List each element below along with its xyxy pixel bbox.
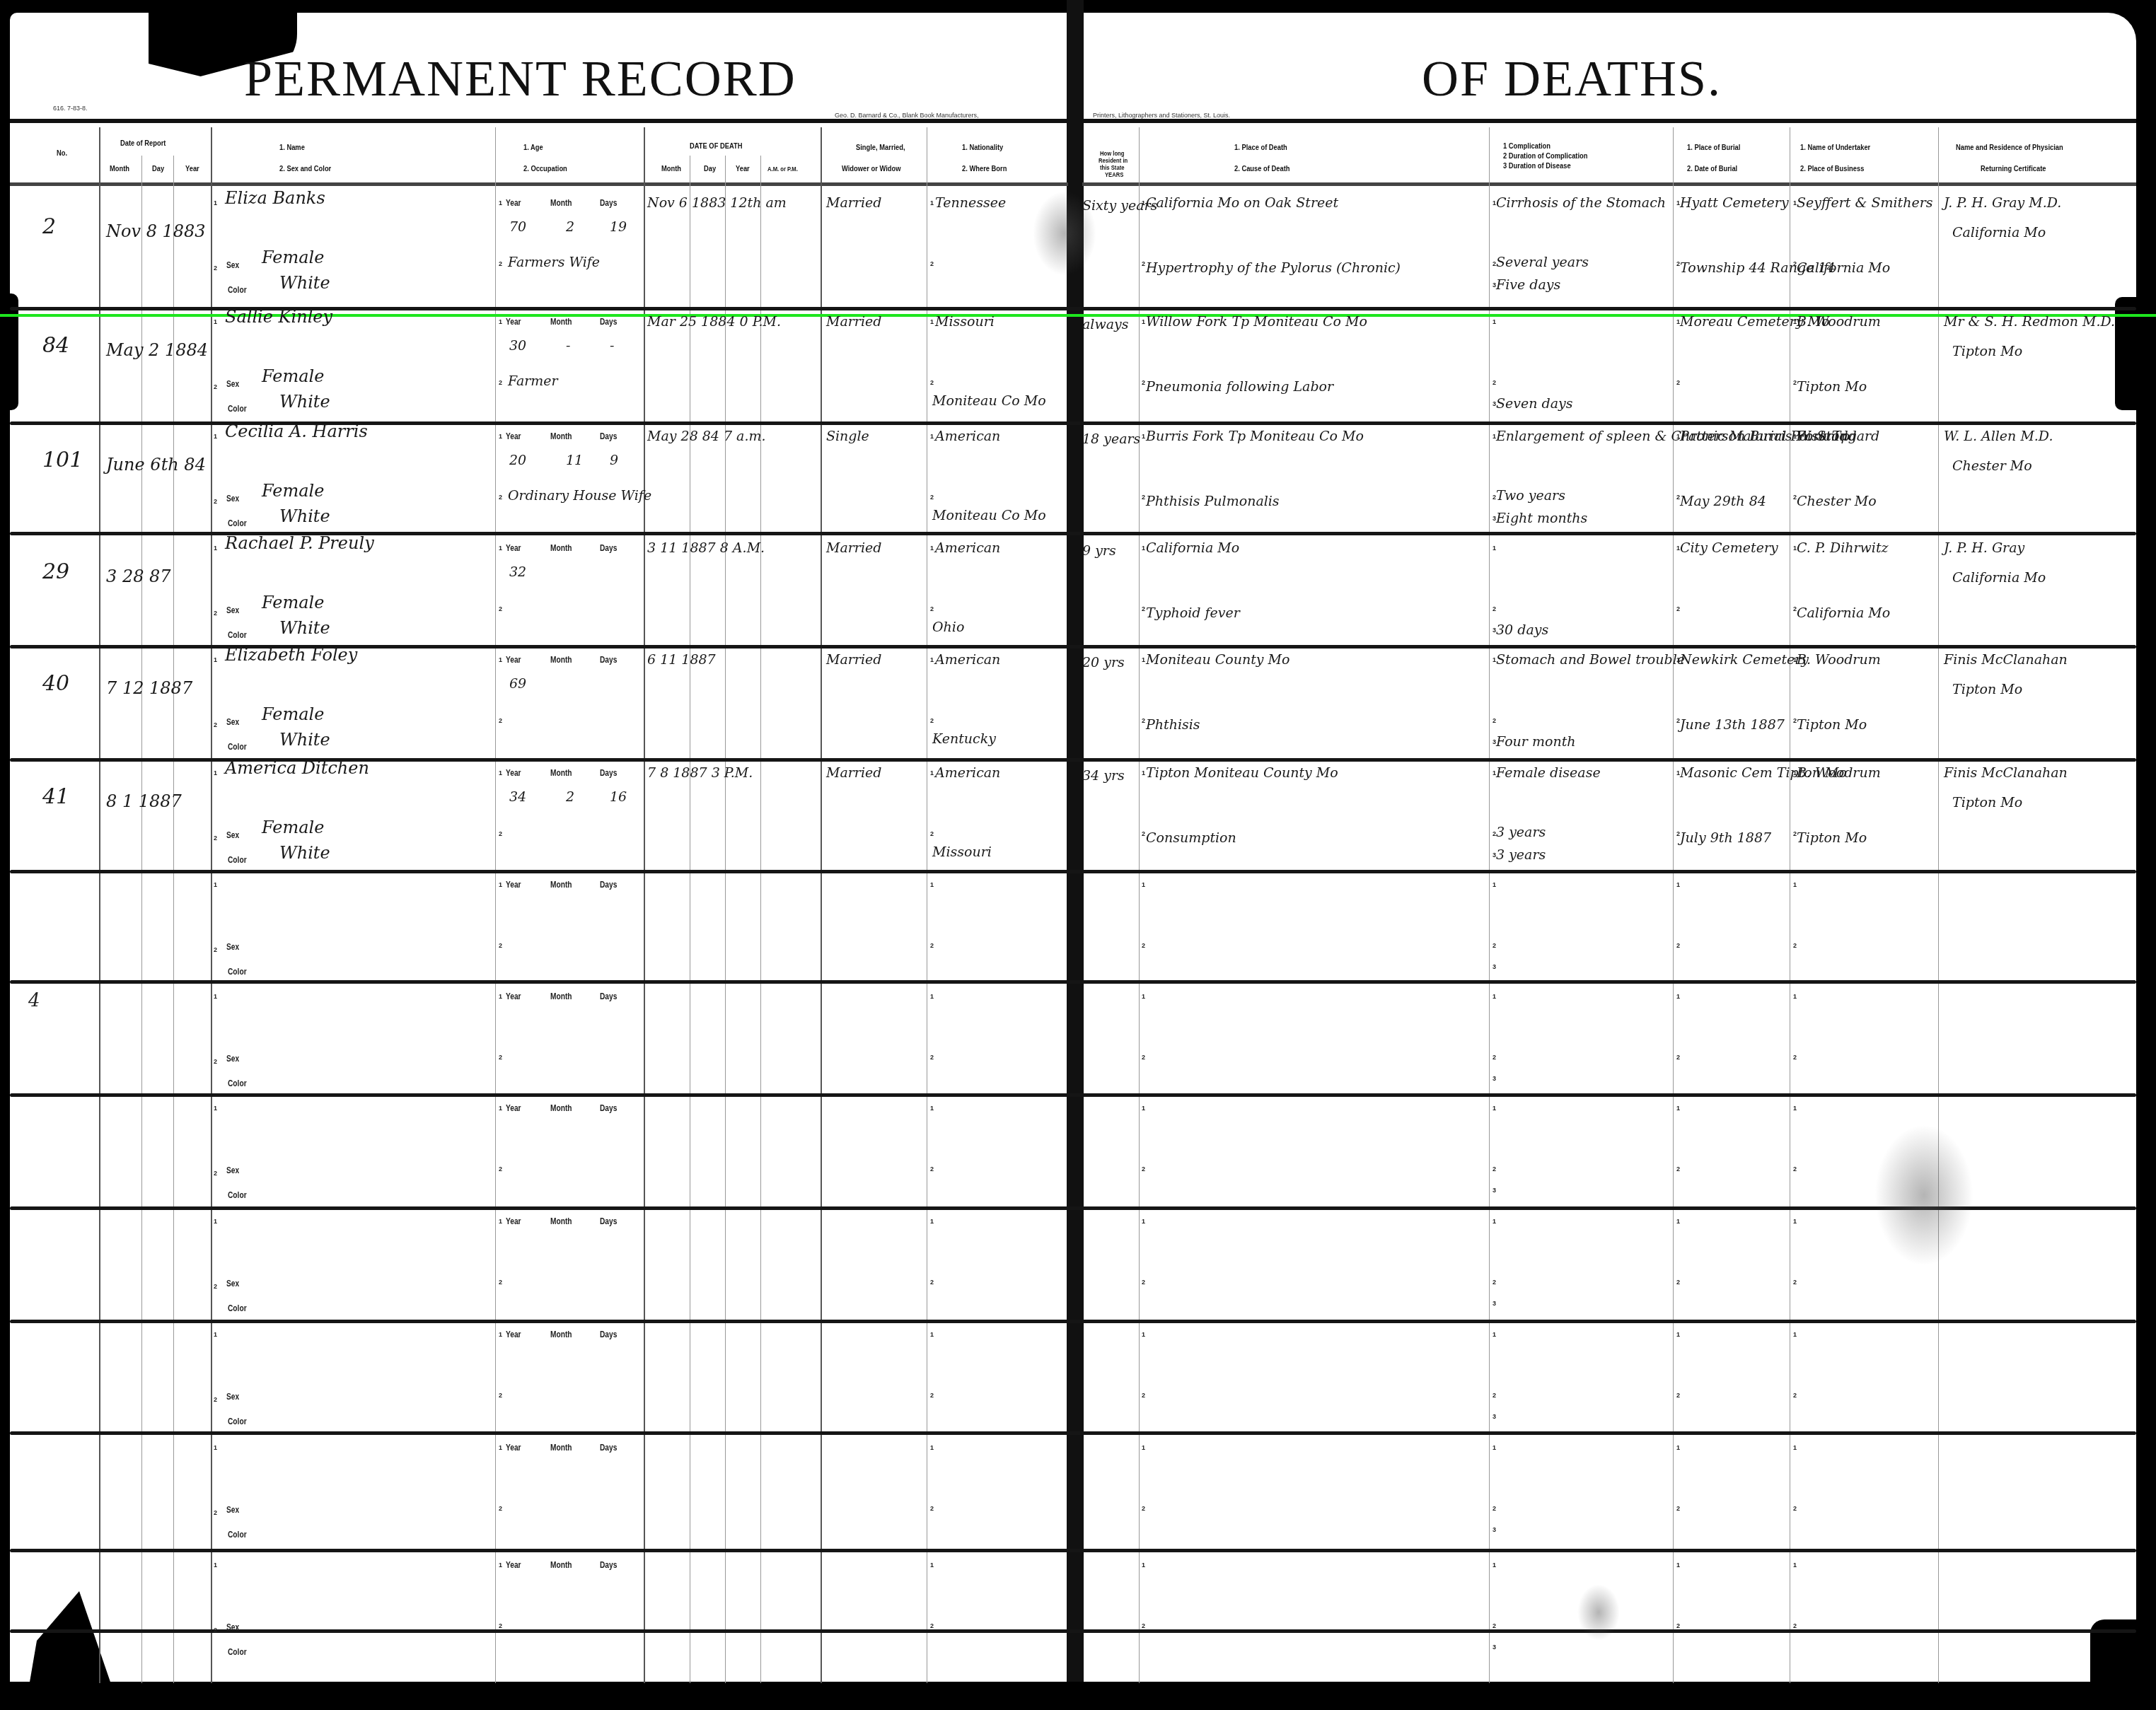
place-of-death: California Mo: [1146, 540, 1239, 556]
age-number-1: 1: [499, 993, 502, 1000]
sex-value: Female: [262, 818, 325, 837]
burial-place: Newkirk Cemetery: [1680, 652, 1809, 668]
header-undertaker: 1. Name of Undertaker: [1800, 143, 1870, 153]
where-born-number-2: 2: [930, 1165, 934, 1173]
age-month-label: Month: [550, 1216, 572, 1226]
duration-disease: 3 years: [1496, 847, 1546, 863]
age-year-label: Year: [506, 431, 521, 441]
color-label: Color: [228, 630, 247, 640]
form-number-2: 2: [214, 1283, 217, 1290]
age-number-1: 1: [499, 545, 502, 552]
age-month-label: Month: [550, 1560, 572, 1570]
burial-number-1: 1: [1676, 1218, 1680, 1225]
entry-number: 40: [42, 671, 69, 696]
age-year-label: Year: [506, 198, 521, 208]
header-no: No.: [57, 149, 67, 158]
complication-number-3: 3: [1493, 1644, 1496, 1651]
sex-label: Sex: [226, 494, 239, 504]
publisher-right: Printers, Lithographers and Stationers, …: [1093, 112, 1230, 119]
cause-number-2: 2: [1142, 379, 1145, 386]
form-number-2: 2: [214, 1170, 217, 1177]
duration-disease: Seven days: [1496, 396, 1573, 412]
entry-number: 84: [42, 333, 69, 358]
age-month-label: Month: [550, 991, 572, 1001]
form-number-2: 2: [214, 498, 217, 505]
occupation-number-2: 2: [499, 1279, 502, 1286]
where-born-number-2: 2: [930, 717, 934, 724]
complication-number-3: 3: [1493, 963, 1496, 970]
sex-label: Sex: [226, 1279, 239, 1289]
undertaker-place: Tipton Mo: [1797, 717, 1867, 733]
row-divider: [10, 1549, 2136, 1552]
row-divider: [10, 870, 2136, 873]
occupation-number-2: 2: [499, 1505, 502, 1512]
color-value: White: [279, 730, 330, 750]
row-divider: [10, 1431, 2136, 1435]
age-days-label: Days: [600, 1443, 617, 1453]
where-born-number-2: 2: [930, 379, 934, 386]
header-report-year: Year: [185, 164, 199, 174]
header-date-of-death: DATE OF DEATH: [690, 141, 742, 151]
nationality: American: [935, 429, 1000, 444]
age-days: 16: [610, 789, 627, 805]
age-days-label: Days: [600, 317, 617, 327]
complication-number-2: 2: [1493, 1165, 1496, 1173]
age-month-label: Month: [550, 431, 572, 441]
complication-number-1: 1: [1493, 545, 1496, 552]
report-date: 8 1 1887: [106, 791, 182, 811]
rule-report-day: [141, 156, 142, 1683]
place-of-death: Willow Fork Tp Moniteau Co Mo: [1146, 314, 1367, 330]
nationality-number-1: 1: [930, 199, 934, 207]
death-date: May 28 84 7 a.m.: [647, 429, 766, 444]
burial-place: City Cemetery: [1680, 540, 1778, 556]
nationality: Missouri: [935, 314, 995, 330]
sex-label: Sex: [226, 1165, 239, 1175]
header-occupation: 2. Occupation: [523, 164, 567, 174]
age-number-1: 1: [499, 1331, 502, 1338]
rule-burial: [1673, 127, 1674, 1683]
cause-of-death: Hypertrophy of the Pylorus (Chronic): [1146, 260, 1401, 276]
undertaker-name: B. Woodrum: [1797, 765, 1881, 781]
header-cause-of-death: 2. Cause of Death: [1234, 164, 1289, 174]
duration-complication: Two years: [1496, 488, 1565, 504]
report-date: 7 12 1887: [106, 678, 192, 698]
marital-status: Married: [826, 314, 881, 330]
scan-border-bottom: [0, 1682, 2156, 1710]
where-born-number-2: 2: [930, 1622, 934, 1629]
rule-place-of-death: [1139, 127, 1140, 1683]
sex-label: Sex: [226, 1392, 239, 1402]
undertaker-place: Chester Mo: [1797, 494, 1877, 509]
deceased-name: America Ditchen: [225, 758, 369, 778]
cause-number-2: 2: [1142, 830, 1145, 837]
complication-number-2: 2: [1493, 717, 1496, 724]
sex-value: Female: [262, 481, 325, 501]
age-months: 2: [566, 219, 574, 235]
header-marital-status: Single, Married,: [856, 143, 905, 153]
where-born-number-2: 2: [930, 1392, 934, 1399]
complication-number-3: 3: [1493, 1300, 1496, 1307]
physician-name: J. P. H. Gray: [1944, 540, 2024, 556]
undertaker-number-1: 1: [1793, 1561, 1797, 1569]
place-of-death-number-1: 1: [1142, 318, 1145, 325]
age-days-label: Days: [600, 991, 617, 1001]
age-days-label: Days: [600, 1216, 617, 1226]
cause-number-2: 2: [1142, 1505, 1145, 1512]
marital-status: Married: [826, 765, 881, 781]
place-of-death-number-1: 1: [1142, 1105, 1145, 1112]
undertaker-number-2: 2: [1793, 1279, 1797, 1286]
complication-number-3: 3: [1493, 1413, 1496, 1420]
row-divider: [10, 1206, 2136, 1210]
sex-label: Sex: [226, 1054, 239, 1064]
row-divider: [10, 1629, 2136, 1633]
rule-death-day: [690, 156, 690, 1683]
cause-of-death: Consumption: [1146, 830, 1236, 846]
undertaker-number-1: 1: [1793, 1444, 1797, 1451]
entry-number: 29: [42, 559, 69, 584]
rule-date-of-death: [644, 127, 645, 1683]
form-number-1: 1: [214, 881, 217, 888]
header-nationality: 1. Nationality: [962, 143, 1003, 153]
form-number-2: 2: [214, 1058, 217, 1065]
color-value: White: [279, 273, 330, 293]
rule-name: [211, 127, 212, 1683]
cause-number-2: 2: [1142, 494, 1145, 501]
report-date: May 2 1884: [106, 340, 208, 360]
occupation-number-2: 2: [499, 1392, 502, 1399]
physician-residence: Chester Mo: [1952, 458, 2032, 474]
undertaker-name: B. Woodrum: [1797, 314, 1881, 330]
complication-number-1: 1: [1493, 1218, 1496, 1225]
burial-date: May 29th 84: [1680, 494, 1766, 509]
physician-name: Finis McClanahan: [1944, 765, 2068, 781]
complication-number-2: 2: [1493, 1054, 1496, 1061]
complication-number-2: 2: [1493, 605, 1496, 612]
header-death-ampm: A.M. or P.M.: [767, 164, 798, 174]
form-number-2: 2: [214, 610, 217, 617]
sex-label: Sex: [226, 260, 239, 270]
duration-complication: Several years: [1496, 255, 1589, 270]
place-of-death-number-1: 1: [1142, 545, 1145, 552]
header-residence-2: Resident in: [1099, 157, 1128, 164]
age-months: 2: [566, 789, 574, 805]
complication-number-2: 2: [1493, 1622, 1496, 1629]
nationality-number-1: 1: [930, 881, 934, 888]
undertaker-number-1: 1: [1793, 1331, 1797, 1338]
form-number-1: 1: [214, 1444, 217, 1451]
age-month-label: Month: [550, 1103, 572, 1113]
age-number-1: 1: [499, 1444, 502, 1451]
complication-number-2: 2: [1493, 1392, 1496, 1399]
place-of-death: Moniteau County Mo: [1146, 652, 1289, 668]
age-days-label: Days: [600, 655, 617, 665]
burial-number-2: 2: [1676, 942, 1680, 949]
duration-disease: Eight months: [1496, 511, 1587, 526]
form-number-2: 2: [214, 1509, 217, 1516]
burial-number-2: 2: [1676, 1279, 1680, 1286]
color-label: Color: [228, 742, 247, 752]
header-duration-complication: 2 Duration of Complication: [1503, 151, 1587, 161]
occupation-number-2: 2: [499, 1054, 502, 1061]
form-number: 616. 7-83-8.: [53, 105, 88, 112]
form-number-2: 2: [214, 834, 217, 842]
physician-name: J. P. H. Gray M.D.: [1944, 195, 2061, 211]
rule-undertaker: [1790, 127, 1790, 1683]
death-date: Nov 6 1883 12th am: [647, 195, 787, 211]
where-born-number-2: 2: [930, 830, 934, 837]
duration-disease: Four month: [1496, 734, 1576, 750]
age-years: 34: [509, 789, 526, 805]
occupation-number-2: 2: [499, 942, 502, 949]
form-number-1: 1: [214, 1218, 217, 1225]
color-label: Color: [228, 1417, 247, 1426]
deceased-name: Eliza Banks: [225, 188, 325, 208]
residence-years: always: [1082, 317, 1128, 332]
nationality-number-1: 1: [930, 656, 934, 663]
occupation: Farmer: [508, 373, 558, 389]
undertaker-name: B. Woodrum: [1797, 652, 1881, 668]
deceased-name: Rachael P. Preuly: [225, 533, 374, 553]
burial-number-2: 2: [1676, 605, 1680, 612]
age-year-label: Year: [506, 1560, 521, 1570]
residence-years: 34 yrs: [1082, 768, 1125, 784]
nationality-number-1: 1: [930, 993, 934, 1000]
header-date-of-burial: 2. Date of Burial: [1687, 164, 1737, 174]
color-label: Color: [228, 1078, 247, 1088]
place-of-death: Burris Fork Tp Moniteau Co Mo: [1146, 429, 1364, 444]
header-date-of-report: Date of Report: [120, 139, 166, 149]
occupation-number-2: 2: [499, 1622, 502, 1629]
cause-of-death: Typhoid fever: [1146, 605, 1240, 621]
color-label: Color: [228, 1303, 247, 1313]
complication-number-3: 3: [1493, 1526, 1496, 1533]
ink-smudge: [1033, 191, 1096, 276]
header-death-year: Year: [736, 164, 750, 174]
undertaker-place: California Mo: [1797, 260, 1890, 276]
physician-residence: California Mo: [1952, 225, 2046, 240]
cause-number-2: 2: [1142, 1279, 1145, 1286]
age-days-label: Days: [600, 768, 617, 778]
duration-complication: 3 years: [1496, 825, 1546, 840]
nationality-number-1: 1: [930, 318, 934, 325]
sex-label: Sex: [226, 605, 239, 615]
left-margin-mark: 4: [28, 990, 40, 1011]
form-number-2: 2: [214, 721, 217, 728]
complication: Stomach and Bowel trouble: [1496, 652, 1685, 668]
complication-number-2: 2: [1493, 1505, 1496, 1512]
undertaker-number-2: 2: [1793, 1054, 1797, 1061]
header-residence-3: this State: [1100, 164, 1124, 171]
page-title-right: OF DEATHS.: [1422, 50, 1722, 108]
row-divider: [10, 980, 2136, 984]
sex-label: Sex: [226, 830, 239, 840]
age-years: 32: [509, 564, 526, 580]
residence-years: 9 yrs: [1082, 543, 1116, 559]
age-year-label: Year: [506, 768, 521, 778]
place-of-death: California Mo on Oak Street: [1146, 195, 1338, 211]
nationality-number-1: 1: [930, 769, 934, 777]
age-number-1: 1: [499, 1561, 502, 1569]
undertaker-name: W. Stoddard: [1797, 429, 1879, 444]
age-days-label: Days: [600, 1103, 617, 1113]
age-year-label: Year: [506, 1103, 521, 1113]
form-number-1: 1: [214, 199, 217, 207]
age-year-label: Year: [506, 991, 521, 1001]
marital-status: Married: [826, 195, 881, 211]
place-of-death-number-1: 1: [1142, 1444, 1145, 1451]
complication-number-2: 2: [1493, 379, 1496, 386]
age-number-1: 1: [499, 433, 502, 440]
cause-of-death: Phthisis Pulmonalis: [1146, 494, 1280, 509]
death-date: 7 8 1887 3 P.M.: [647, 765, 753, 781]
place-of-death-number-1: 1: [1142, 433, 1145, 440]
where-born: Kentucky: [932, 731, 996, 747]
form-number-2: 2: [214, 1627, 217, 1634]
age-year-label: Year: [506, 880, 521, 890]
complication-number-1: 1: [1493, 1105, 1496, 1112]
nationality-number-1: 1: [930, 1218, 934, 1225]
color-label: Color: [228, 1647, 247, 1657]
sex-label: Sex: [226, 1505, 239, 1515]
burial-number-1: 1: [1676, 993, 1680, 1000]
form-number-2: 2: [214, 1396, 217, 1403]
clip-tab-left: [0, 293, 18, 410]
sex-value: Female: [262, 248, 325, 267]
nationality: American: [935, 652, 1000, 668]
sex-value: Female: [262, 593, 325, 612]
entry-number: 2: [42, 214, 56, 239]
row-divider: [10, 1093, 2136, 1097]
complication-number-1: 1: [1493, 1444, 1496, 1451]
sex-label: Sex: [226, 942, 239, 952]
sex-label: Sex: [226, 379, 239, 389]
age-years: 70: [509, 219, 526, 235]
nationality: American: [935, 765, 1000, 781]
age-days-label: Days: [600, 543, 617, 553]
form-number-2: 2: [214, 383, 217, 390]
burial-number-2: 2: [1676, 1054, 1680, 1061]
header-returning-certificate: Returning Certificate: [1981, 164, 2046, 174]
occupation-number-2: 2: [499, 260, 502, 267]
age-days: 19: [610, 219, 627, 235]
header-residence: How long: [1100, 150, 1124, 157]
color-label: Color: [228, 967, 247, 977]
duration-disease: Five days: [1496, 277, 1560, 293]
header-physician: Name and Residence of Physician: [1956, 143, 2063, 153]
age-month-label: Month: [550, 198, 572, 208]
nationality-number-1: 1: [930, 1105, 934, 1112]
where-born: Moniteau Co Mo: [932, 393, 1046, 409]
report-date: Nov 8 1883: [106, 221, 206, 241]
header-where-born: 2. Where Born: [962, 164, 1007, 174]
residence-years: 20 yrs: [1082, 655, 1125, 670]
undertaker-number-2: 2: [1793, 1392, 1797, 1399]
undertaker-name: Seyffert & Smithers: [1797, 195, 1932, 211]
entry-number: 41: [42, 784, 69, 809]
header-report-month: Month: [110, 164, 129, 174]
header-residence-4: YEARS: [1105, 171, 1123, 178]
undertaker-number-1: 1: [1793, 1105, 1797, 1112]
age-months: 11: [566, 453, 583, 468]
form-number-2: 2: [214, 264, 217, 272]
color-value: White: [279, 506, 330, 526]
header-place-of-burial: 1. Place of Burial: [1687, 143, 1740, 153]
cause-number-2: 2: [1142, 260, 1145, 267]
marital-status: Single: [826, 429, 869, 444]
undertaker-place: Tipton Mo: [1797, 830, 1867, 846]
age-month-label: Month: [550, 317, 572, 327]
sex-value: Female: [262, 704, 325, 724]
cause-number-2: 2: [1142, 942, 1145, 949]
row-divider: [10, 1320, 2136, 1323]
cause-number-2: 2: [1142, 1165, 1145, 1173]
rule-death-ampm: [760, 156, 761, 1683]
age-years: 69: [509, 676, 526, 692]
physician-name: Mr & S. H. Redmon M.D.: [1944, 314, 2115, 330]
color-value: White: [279, 618, 330, 638]
burial-number-2: 2: [1676, 1165, 1680, 1173]
age-month-label: Month: [550, 880, 572, 890]
age-year-label: Year: [506, 1216, 521, 1226]
occupation-number-2: 2: [499, 830, 502, 837]
burial-number-1: 1: [1676, 1561, 1680, 1569]
place-of-death-number-1: 1: [1142, 769, 1145, 777]
header-place-of-death: 1. Place of Death: [1234, 143, 1287, 153]
where-born-number-2: 2: [930, 494, 934, 501]
burial-number-2: 2: [1676, 1392, 1680, 1399]
form-number-1: 1: [214, 1105, 217, 1112]
ink-smudge: [1577, 1584, 1620, 1641]
color-label: Color: [228, 855, 247, 865]
burial-number-2: 2: [1676, 1622, 1680, 1629]
color-value: White: [279, 392, 330, 412]
physician-name: W. L. Allen M.D.: [1944, 429, 2053, 444]
occupation-number-2: 2: [499, 605, 502, 612]
burial-number-2: 2: [1676, 379, 1680, 386]
age-year-label: Year: [506, 655, 521, 665]
header-death-day: Day: [704, 164, 716, 174]
physician-residence: California Mo: [1952, 570, 2046, 586]
age-years: 30: [509, 338, 526, 354]
age-number-1: 1: [499, 881, 502, 888]
age-number-1: 1: [499, 199, 502, 207]
complication-number-1: 1: [1493, 1331, 1496, 1338]
header-death-month: Month: [661, 164, 681, 174]
where-born-number-2: 2: [930, 1279, 934, 1286]
age-days: 9: [610, 453, 618, 468]
where-born-number-2: 2: [930, 1054, 934, 1061]
age-number-1: 1: [499, 656, 502, 663]
rule-no: [99, 127, 100, 1683]
burial-date: July 9th 1887: [1680, 830, 1771, 846]
undertaker-name: C. P. Dihrwitz: [1797, 540, 1889, 556]
burial-number-1: 1: [1676, 1105, 1680, 1112]
header-sex-color: 2. Sex and Color: [279, 164, 331, 174]
color-value: White: [279, 843, 330, 863]
complication-number-1: 1: [1493, 318, 1496, 325]
cause-number-2: 2: [1142, 1622, 1145, 1629]
age-days-label: Days: [600, 431, 617, 441]
color-label: Color: [228, 285, 247, 295]
cause-number-2: 2: [1142, 1392, 1145, 1399]
place-of-death-number-1: 1: [1142, 881, 1145, 888]
age-days-label: Days: [600, 198, 617, 208]
deceased-name: Sallie Kinley: [225, 307, 332, 327]
nationality-number-1: 1: [930, 1331, 934, 1338]
undertaker-place: California Mo: [1797, 605, 1890, 621]
